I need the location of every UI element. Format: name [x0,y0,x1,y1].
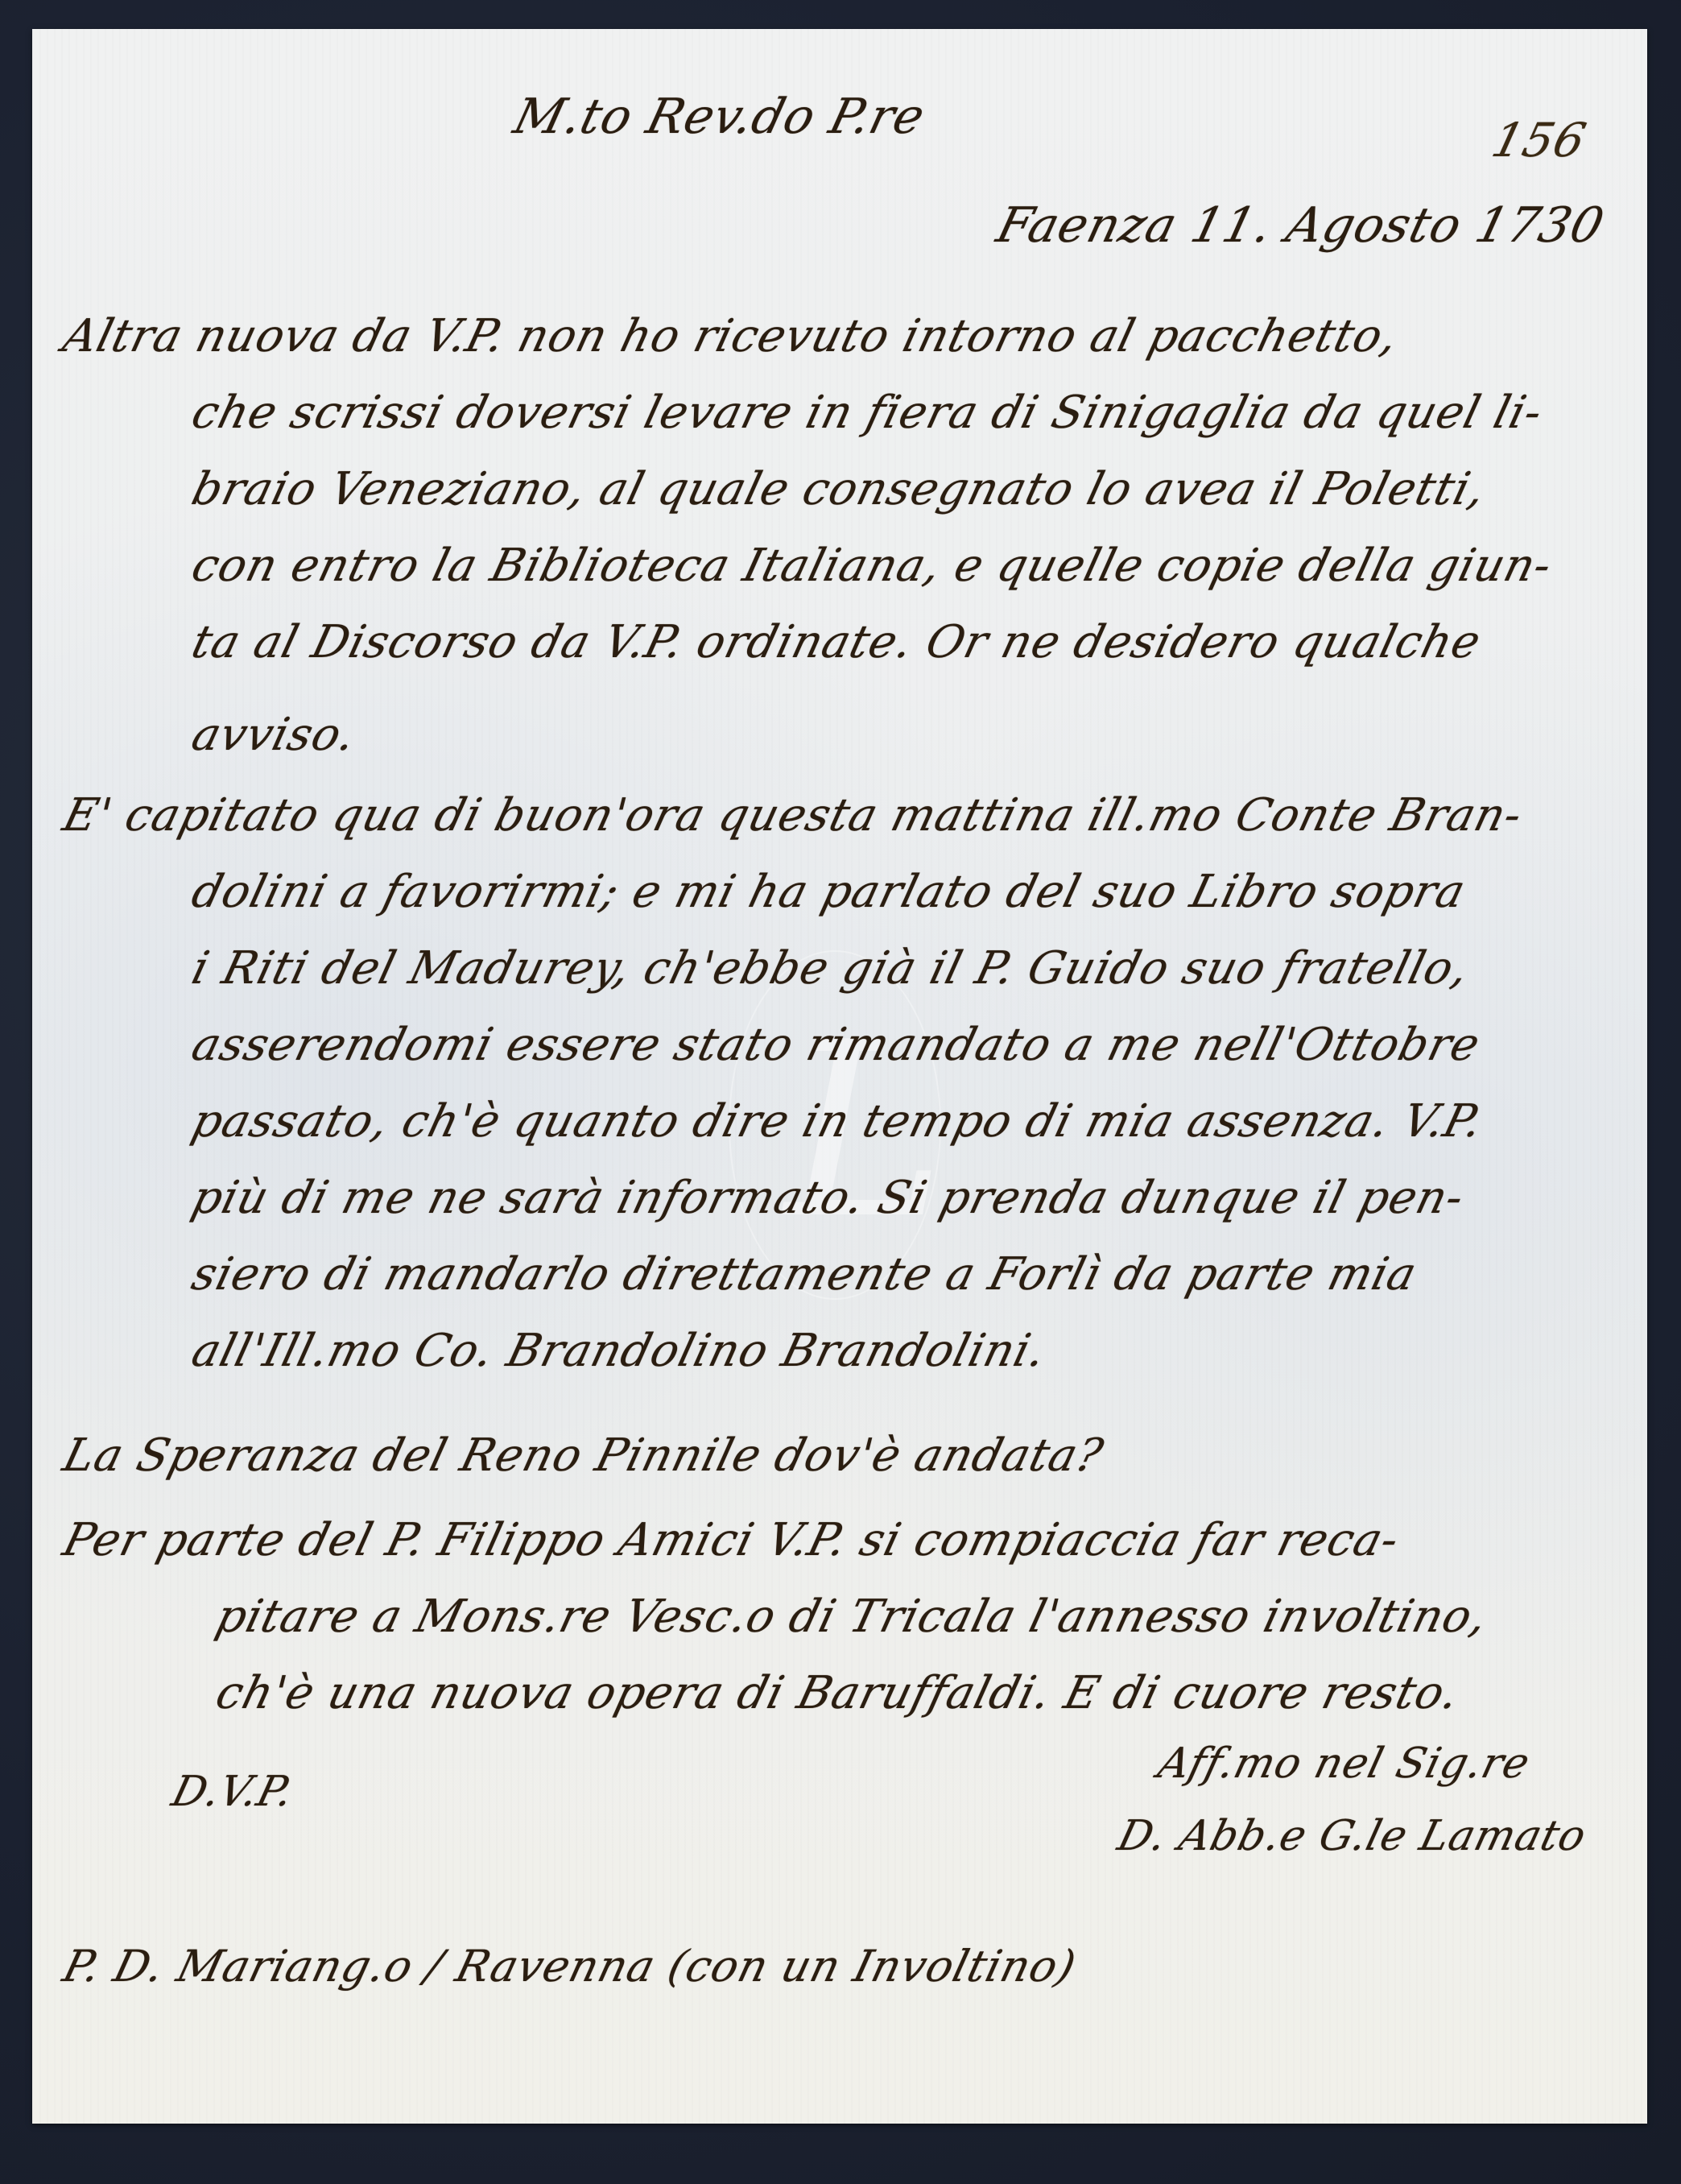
page-number: 156 [1487,113,1592,168]
body-line: avviso. [187,709,361,761]
body-line: i Riti del Madurey, ch'ebbe già il P. Gu… [187,942,1475,995]
date-line: Faenza 11. Agosto 1730 [991,197,1610,254]
body-line: Altra nuova da V.P. non ho ricevuto into… [58,310,1404,362]
body-line: più di me ne sarà informato. Si prenda d… [187,1172,1469,1224]
closing-left: D.V.P. [167,1768,299,1816]
signature: D. Abb.e G.le Lamato [1113,1812,1592,1860]
body-line: braio Veneziano, al quale consegnato lo … [187,463,1491,515]
body-line: pitare a Mons.re Vesc.o di Tricala l'ann… [211,1590,1493,1643]
body-line: che scrissi doversi levare in fiera di S… [187,387,1548,439]
body-line: dolini a favorirmi; e mi ha parlato del … [187,866,1471,918]
body-line: ta al Discorso da V.P. ordinate. Or ne d… [187,616,1486,668]
body-line: passato, ch'è quanto dire in tempo di mi… [187,1095,1489,1148]
closing-right-line-1: Aff.mo nel Sig.re [1154,1739,1535,1788]
body-line: E' capitato qua di buon'ora questa matti… [58,789,1528,842]
salutation: M.to Rev.do P.re [508,89,931,145]
body-line: con entro la Biblioteca Italiana, e quel… [187,540,1558,592]
body-line: ch'è una nuova opera di Baruffaldi. E di… [211,1667,1464,1719]
body-line: siero di mandarlo direttamente a Forlì d… [187,1248,1423,1301]
body-line: all'Ill.mo Co. Brandolino Brandolini. [187,1325,1051,1377]
body-line: La Speranza del Reno Pinnile dov'è andat… [58,1429,1109,1482]
body-line: Per parte del P. Filippo Amici V.P. si c… [58,1514,1405,1566]
address-line: P. D. Mariang.o / Ravenna (con un Involt… [58,1941,1081,1992]
body-line: asserendomi essere stato rimandato a me … [187,1019,1485,1071]
